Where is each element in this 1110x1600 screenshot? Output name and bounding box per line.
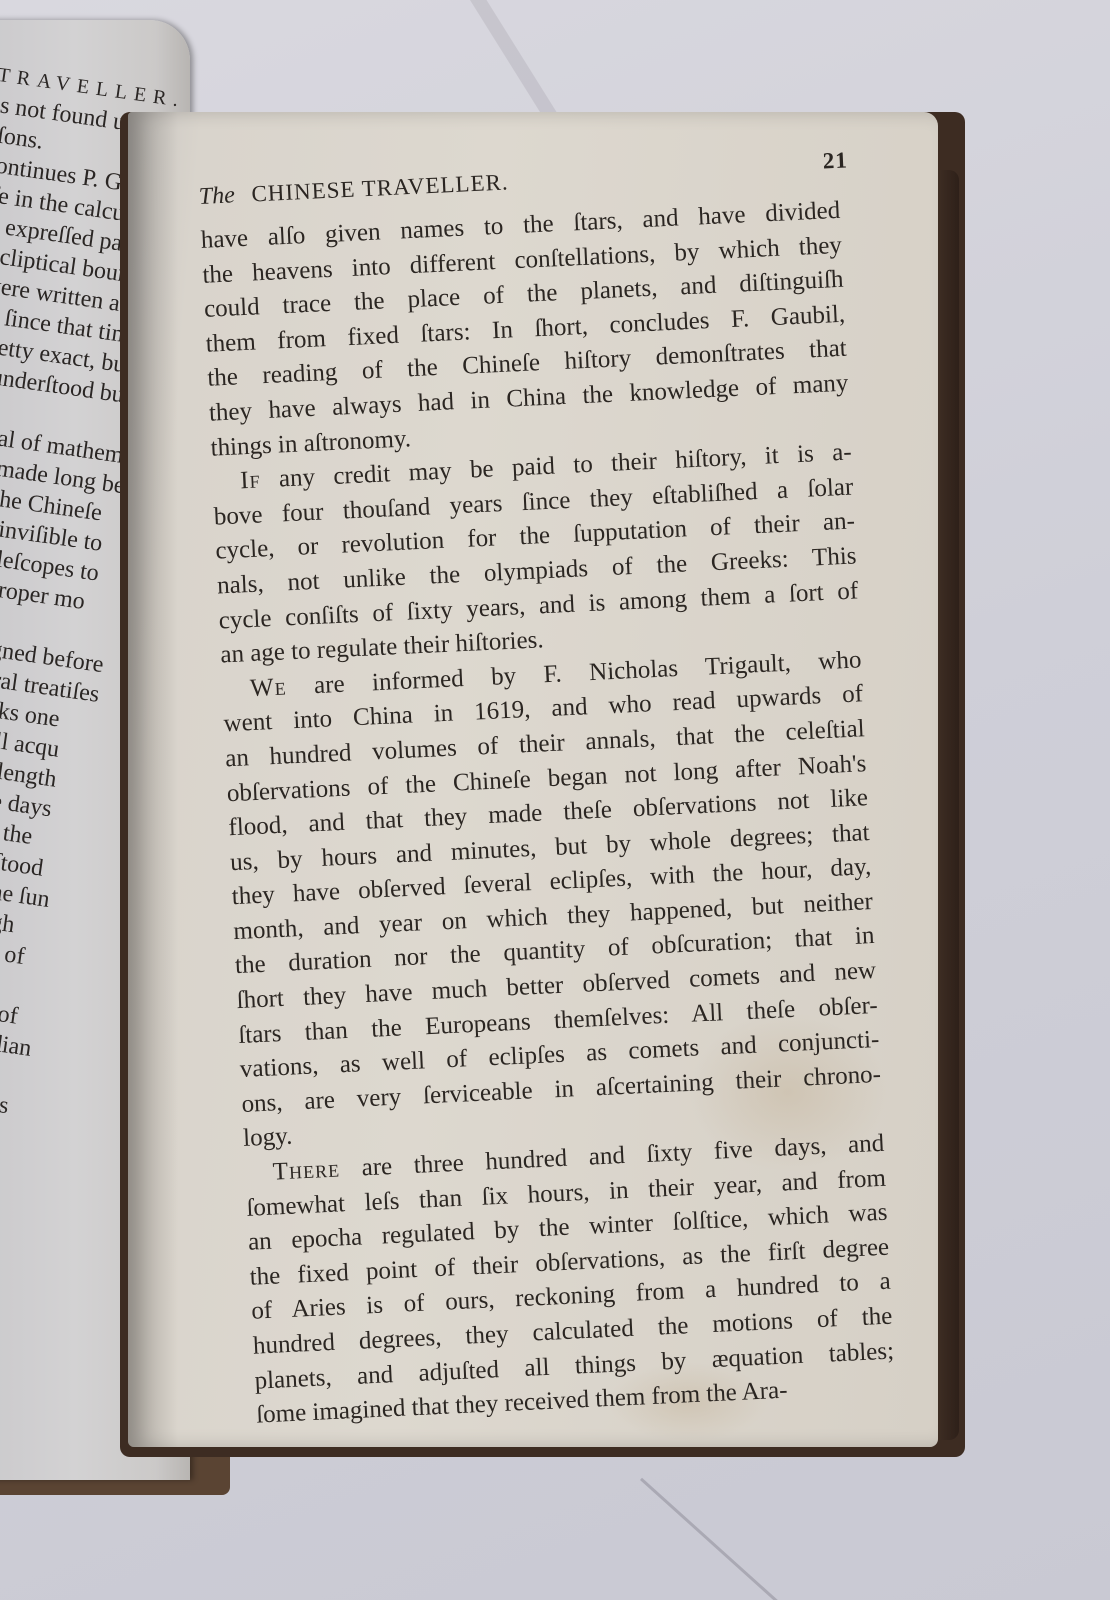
gutter-shadow [128, 112, 178, 1447]
text-line-content: things in aſtronomy. [210, 425, 412, 461]
right-page: The CHINESE TRAVELLER. 21 have alſo give… [128, 112, 938, 1447]
paragraph-lead-smallcaps: If [240, 467, 262, 495]
surface-crease [470, 0, 561, 127]
text-line-content: logy. [243, 1123, 293, 1152]
surface-crease [640, 1478, 783, 1600]
running-head-the: The [198, 182, 235, 210]
body-lines: have alſo given names to the ſtars, and … [200, 194, 896, 1434]
running-head-title: CHINESE TRAVELLER. [251, 169, 509, 206]
page-number: 21 [822, 143, 849, 179]
paragraph-lead-smallcaps: We [249, 673, 287, 702]
page-text-block: The CHINESE TRAVELLER. 21 have alſo give… [198, 150, 896, 1434]
paragraph-lead-smallcaps: There [272, 1155, 340, 1185]
